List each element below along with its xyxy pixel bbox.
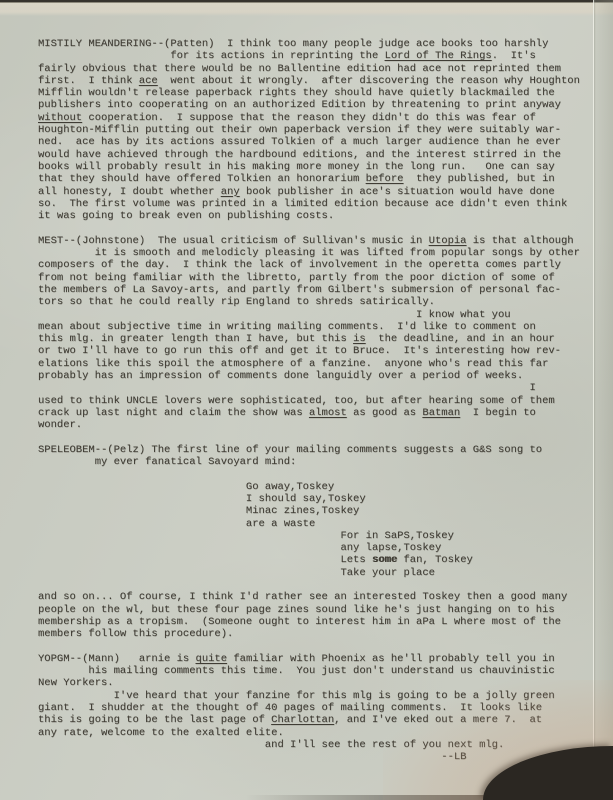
- text-segment: SPELEOBEM--(Pelz) The first line of your…: [38, 444, 542, 456]
- text-segment: my ever fanatical Savoyard mind:: [38, 456, 296, 468]
- paper-top-edge: [0, 0, 613, 16]
- underlined-text: any: [221, 186, 240, 198]
- text-line: elations like this spoil the atmosphere …: [38, 358, 605, 370]
- text-segment: all honesty, I doubt whether: [38, 186, 221, 198]
- text-line: any lapse,Toskey: [38, 542, 605, 554]
- text-segment: for its actions in reprinting the: [38, 50, 385, 62]
- text-line: [38, 579, 605, 591]
- text-line: the members of La Savoy-arts, and partly…: [38, 284, 605, 296]
- underlined-text: quite: [196, 653, 228, 665]
- underlined-text: without: [38, 112, 82, 124]
- text-segment: or two I'll have to go run this off and …: [38, 345, 561, 357]
- text-line: people on the wl, but these four page zi…: [38, 604, 605, 616]
- text-segment: Lets: [38, 554, 372, 566]
- underlined-text: ace: [139, 75, 158, 87]
- section-mest: MEST--(Johnstone) The usual criticism of…: [38, 235, 605, 432]
- text-segment: any rate, welcome to the exalted elite.: [38, 727, 284, 739]
- text-segment: Take your place: [38, 567, 435, 579]
- text-segment: any lapse,Toskey: [38, 542, 441, 554]
- underlined-text: Batman: [422, 407, 460, 419]
- text-line: this mlg. in greater length than I have,…: [38, 333, 605, 345]
- text-segment: from not being familiar with the librett…: [38, 272, 555, 284]
- text-line: [38, 468, 605, 480]
- text-line: from not being familiar with the librett…: [38, 272, 605, 284]
- text-segment: I should say,Toskey: [38, 493, 366, 505]
- underlined-text: Utopia: [429, 235, 467, 247]
- text-segment: giant. I shudder at the thought of 40 pa…: [38, 702, 542, 714]
- text-segment: --LB: [38, 751, 466, 763]
- text-segment: crack up last night and claim the show w…: [38, 407, 309, 419]
- text-line: Mifflin wouldn't release paperback right…: [38, 87, 605, 99]
- text-segment: and so on... Of course, I think I'd rath…: [38, 591, 567, 603]
- text-segment: I know what you: [38, 309, 511, 321]
- text-line: mean about subjective time in writing ma…: [38, 321, 605, 333]
- text-segment: mean about subjective time in writing ma…: [38, 321, 536, 333]
- paper-sheet: MISTILY MEANDERING--(Patten) I think too…: [0, 0, 613, 800]
- text-segment: first. I think: [38, 75, 139, 87]
- text-line: used to think UNCLE lovers were sophisti…: [38, 395, 605, 407]
- text-segment: MISTILY MEANDERING--(Patten) I think too…: [38, 38, 548, 50]
- text-line: tors so that he could really rip England…: [38, 296, 605, 308]
- text-segment: I've heard that your fanzine for this ml…: [38, 690, 555, 702]
- text-line: without cooperation. I suppose that the …: [38, 112, 605, 124]
- text-line: members follow this procedure).: [38, 628, 605, 640]
- section-speleobem: SPELEOBEM--(Pelz) The first line of your…: [38, 444, 605, 641]
- text-segment: people on the wl, but these four page zi…: [38, 604, 555, 616]
- text-line: for its actions in reprinting the Lord o…: [38, 50, 605, 62]
- text-line: MEST--(Johnstone) The usual criticism of…: [38, 235, 605, 247]
- text-segment: elations like this spoil the atmosphere …: [38, 358, 548, 370]
- underlined-text: almost: [309, 407, 347, 419]
- text-line: composers of the day. I think the lack o…: [38, 259, 605, 271]
- text-line: I: [38, 382, 605, 394]
- text-segment: publishers into cooperating on an author…: [38, 99, 561, 111]
- text-segment: would have achieved through the hardboun…: [38, 149, 561, 161]
- underlined-text: Charlottan: [271, 714, 334, 726]
- text-line: and so on... Of course, I think I'd rath…: [38, 591, 605, 603]
- text-segment: this is going to be the last page of: [38, 714, 271, 726]
- text-segment: is that although: [466, 235, 573, 247]
- section-mistily-meandering: MISTILY MEANDERING--(Patten) I think too…: [38, 38, 605, 222]
- text-line: Minac zines,Toskey: [38, 505, 605, 517]
- text-line: would have achieved through the hardboun…: [38, 149, 605, 161]
- text-line: wonder.: [38, 419, 605, 431]
- text-segment: members follow this procedure).: [38, 628, 233, 640]
- text-segment: cooperation. I suppose that the reason t…: [82, 112, 536, 124]
- text-line: it was going to break even on publishing…: [38, 210, 605, 222]
- text-line: first. I think ace went about it wrongly…: [38, 75, 605, 87]
- text-line: probably has an impression of comments d…: [38, 370, 605, 382]
- text-line: his mailing comments this time. You just…: [38, 665, 605, 677]
- document-body: MISTILY MEANDERING--(Patten) I think too…: [38, 38, 605, 764]
- text-segment: Go away,Toskey: [38, 481, 334, 493]
- text-line: any rate, welcome to the exalted elite.: [38, 727, 605, 739]
- text-line: Lets some fan, Toskey: [38, 554, 605, 566]
- text-line: For in SaPS,Toskey: [38, 530, 605, 542]
- text-line: Take your place: [38, 567, 605, 579]
- text-segment: it is smooth and melodicly pleasing it w…: [38, 247, 580, 259]
- text-segment: New Yorkers.: [38, 677, 114, 689]
- text-line: publishers into cooperating on an author…: [38, 99, 605, 111]
- text-segment: Houghton-Mifflin putting out their own p…: [38, 124, 561, 136]
- text-line: membership as a tropism. (Someone ought …: [38, 616, 605, 628]
- text-segment: ned. ace has by its actions assured Tolk…: [38, 136, 561, 148]
- underlined-text: before: [366, 173, 404, 185]
- text-segment: as good as: [347, 407, 423, 419]
- text-line: giant. I shudder at the thought of 40 pa…: [38, 702, 605, 714]
- text-line: YOPGM--(Mann) arnie is quite familiar wi…: [38, 653, 605, 665]
- text-segment: Mifflin wouldn't release paperback right…: [38, 87, 555, 99]
- text-segment: composers of the day. I think the lack o…: [38, 259, 561, 271]
- text-line: I've heard that your fanzine for this ml…: [38, 690, 605, 702]
- text-line: ned. ace has by its actions assured Tolk…: [38, 136, 605, 148]
- text-segment: book publisher in ace's situation would …: [240, 186, 555, 198]
- text-segment: his mailing comments this time. You just…: [38, 665, 555, 677]
- text-segment: probably has an impression of comments d…: [38, 370, 523, 382]
- text-segment: tors so that he could really rip England…: [38, 296, 435, 308]
- text-line: I should say,Toskey: [38, 493, 605, 505]
- text-segment: the members of La Savoy-arts, and partly…: [38, 284, 561, 296]
- document-photo: MISTILY MEANDERING--(Patten) I think too…: [0, 0, 613, 800]
- text-segment: YOPGM--(Mann) arnie is: [38, 653, 196, 665]
- text-segment: , and I've eked out a mere 7. at: [334, 714, 542, 726]
- text-line: it is smooth and melodicly pleasing it w…: [38, 247, 605, 259]
- text-segment: . It's: [492, 50, 536, 62]
- text-segment: it was going to break even on publishing…: [38, 210, 334, 222]
- text-segment: the deadline, and in an hour: [366, 333, 555, 345]
- text-line: MISTILY MEANDERING--(Patten) I think too…: [38, 38, 605, 50]
- text-line: I know what you: [38, 309, 605, 321]
- underlined-text: Lord of The Rings: [385, 50, 492, 62]
- text-segment: went about it wrongly. after discovering…: [158, 75, 580, 87]
- text-segment: For in SaPS,Toskey: [38, 530, 454, 542]
- text-segment: so. The first volume was printed in a li…: [38, 198, 567, 210]
- text-line: this is going to be the last page of Cha…: [38, 714, 605, 726]
- text-line: all honesty, I doubt whether any book pu…: [38, 186, 605, 198]
- text-line: so. The first volume was printed in a li…: [38, 198, 605, 210]
- text-segment: and I'll see the rest of you next mlg.: [38, 739, 504, 751]
- text-segment: books will probably result in his making…: [38, 161, 555, 173]
- text-line: books will probably result in his making…: [38, 161, 605, 173]
- text-segment: they published, but in: [403, 173, 554, 185]
- text-segment: fan, Toskey: [397, 554, 473, 566]
- text-line: Go away,Toskey: [38, 481, 605, 493]
- text-segment: membership as a tropism. (Someone ought …: [38, 616, 561, 628]
- text-segment: I begin to: [460, 407, 536, 419]
- text-segment: familiar with Phoenix as he'll probably …: [227, 653, 555, 665]
- text-segment: this mlg. in greater length than I have,…: [38, 333, 353, 345]
- text-line: are a waste: [38, 518, 605, 530]
- text-line: New Yorkers.: [38, 677, 605, 689]
- text-segment: some: [372, 554, 397, 566]
- text-line: that they should have offered Tolkien an…: [38, 173, 605, 185]
- text-line: fairly obvious that there would be no Ba…: [38, 63, 605, 75]
- text-segment: that they should have offered Tolkien an…: [38, 173, 366, 185]
- section-yopgm: YOPGM--(Mann) arnie is quite familiar wi…: [38, 653, 605, 764]
- text-segment: fairly obvious that there would be no Ba…: [38, 63, 561, 75]
- text-segment: MEST--(Johnstone) The usual criticism of…: [38, 235, 429, 247]
- text-segment: wonder.: [38, 419, 82, 431]
- text-line: my ever fanatical Savoyard mind:: [38, 456, 605, 468]
- text-segment: are a waste: [38, 518, 315, 530]
- text-line: crack up last night and claim the show w…: [38, 407, 605, 419]
- text-line: SPELEOBEM--(Pelz) The first line of your…: [38, 444, 605, 456]
- text-line: Houghton-Mifflin putting out their own p…: [38, 124, 605, 136]
- text-line: or two I'll have to go run this off and …: [38, 345, 605, 357]
- text-segment: used to think UNCLE lovers were sophisti…: [38, 395, 555, 407]
- text-segment: I: [38, 382, 536, 394]
- text-segment: Minac zines,Toskey: [38, 505, 359, 517]
- text-line: and I'll see the rest of you next mlg.: [38, 739, 605, 751]
- underlined-text: is: [353, 333, 366, 345]
